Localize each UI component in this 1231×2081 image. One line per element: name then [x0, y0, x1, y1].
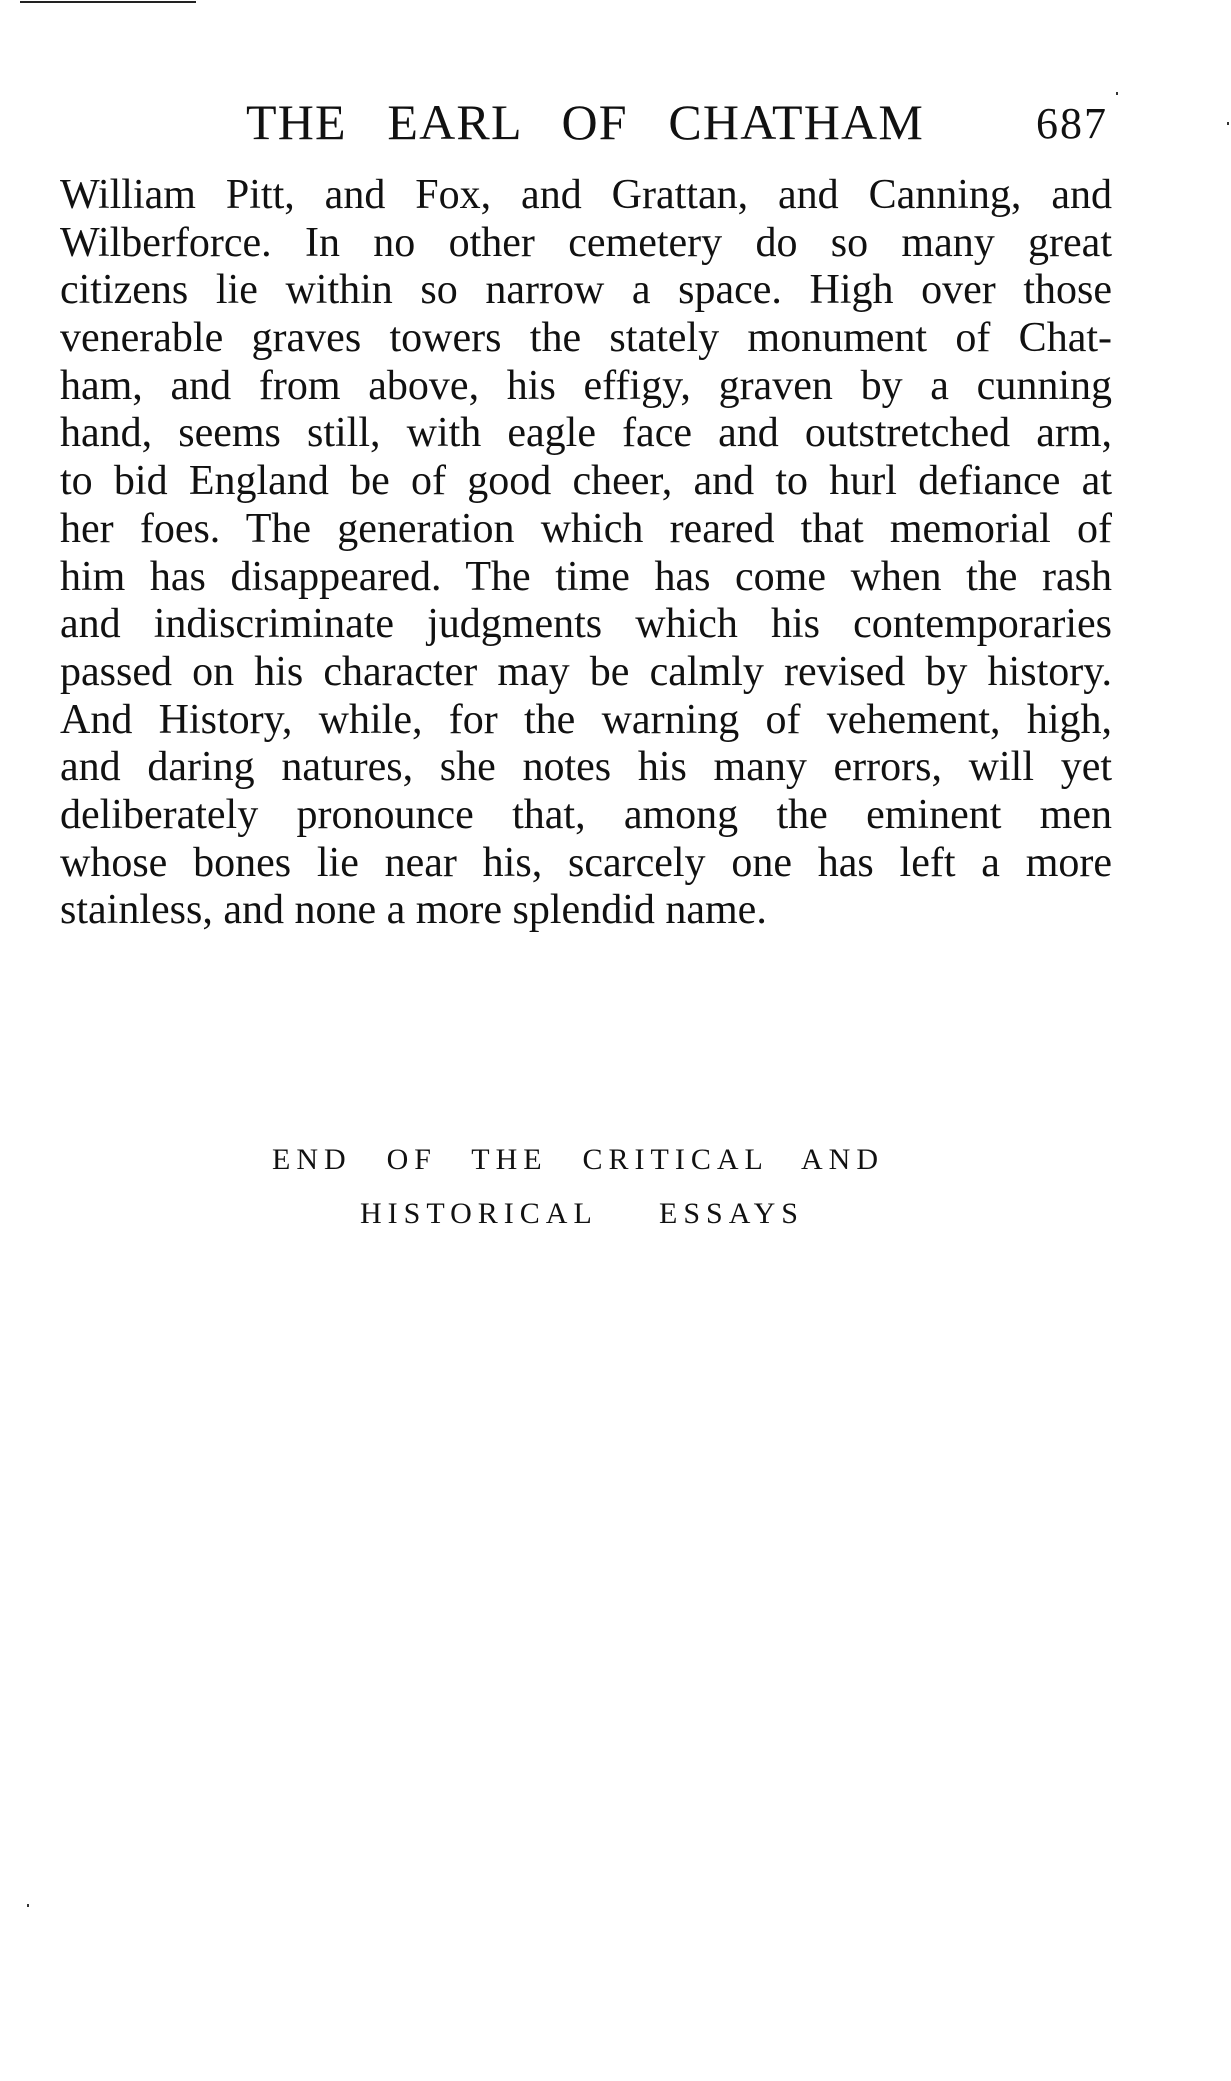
- text-line: her foes. The generation which reared th…: [60, 506, 1112, 554]
- text-line: and indiscriminate judgments which his c…: [60, 601, 1112, 649]
- scan-speck: [1227, 122, 1229, 125]
- body-paragraph: William Pitt, and Fox, and Grattan, and …: [60, 172, 1112, 935]
- text-line: citizens lie within so narrow a space. H…: [60, 267, 1112, 315]
- text-line: venerable graves towers the stately monu…: [60, 315, 1112, 363]
- text-line: to bid England be of good cheer, and to …: [60, 458, 1112, 506]
- running-title: THE EARL OF CHATHAM: [246, 96, 924, 148]
- text-line: Wilberforce. In no other cemetery do so …: [60, 220, 1112, 268]
- text-line: William Pitt, and Fox, and Grattan, and …: [60, 172, 1112, 220]
- scan-speck: [27, 1904, 29, 1907]
- running-head: THE EARL OF CHATHAM 687: [0, 96, 1231, 152]
- text-line: and daring natures, she notes his many e…: [60, 744, 1112, 792]
- page-number: 687: [1036, 98, 1108, 150]
- text-line: And History, while, for the warning of v…: [60, 697, 1112, 745]
- scan-speck: [1116, 92, 1118, 95]
- text-line: whose bones lie near his, scarcely one h…: [60, 840, 1112, 888]
- top-edge-rule: [20, 1, 196, 3]
- text-line: passed on his character may be calmly re…: [60, 649, 1112, 697]
- text-line: hand, seems still, with eagle face and o…: [60, 410, 1112, 458]
- text-line: him has disappeared. The time has come w…: [60, 554, 1112, 602]
- end-note-line-2: HISTORICAL ESSAYS: [360, 1194, 804, 1234]
- text-line: ham, and from above, his effigy, graven …: [60, 363, 1112, 411]
- text-line: deliberately pronounce that, among the e…: [60, 792, 1112, 840]
- text-line-last: stainless, and none a more splendid name…: [60, 887, 1112, 935]
- end-note-line-1: END OF THE CRITICAL AND: [272, 1140, 884, 1180]
